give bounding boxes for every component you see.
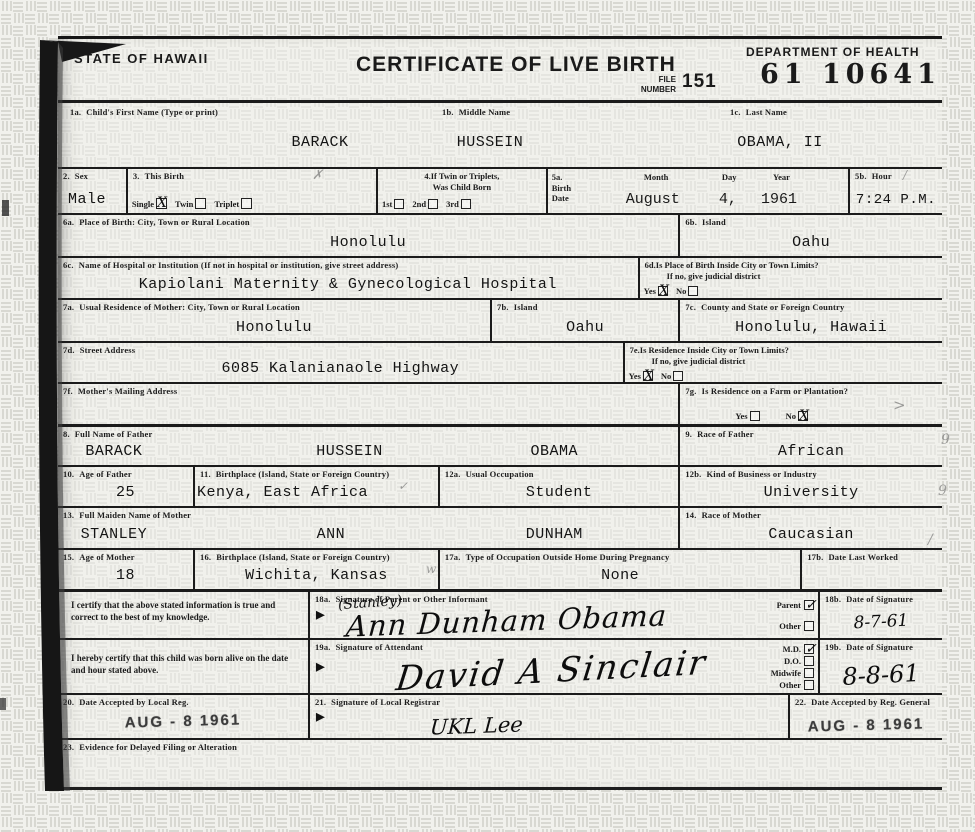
day-label: Day [722, 172, 737, 182]
field-1a-label: 1a.Child's First Name (Type or print) [70, 107, 218, 117]
farm-no-checkbox: X [798, 411, 808, 421]
do-checkbox [804, 656, 814, 666]
row-child-name: 1a.Child's First Name (Type or print) 1b… [58, 103, 942, 169]
field-17b-date-last-worked: 17b.Date Last Worked [802, 550, 942, 589]
pencil-mark: 9 [941, 432, 950, 448]
parent-certification-statement: I certify that the above stated informat… [58, 592, 310, 638]
field-7e-residence-limits: 7e.Is Residence Inside City or Town Limi… [625, 343, 942, 382]
pencil-mark: w [426, 562, 436, 576]
field-16-mother-birthplace: 16.Birthplace (Island, State or Foreign … [195, 550, 440, 589]
row-registrar: 20.Date Accepted by Local Reg. AUG - 8 1… [58, 695, 942, 740]
certificate-of-live-birth-scan: { "header": { "state": "STATE OF HAWAII"… [0, 0, 975, 832]
hospital-value: Kapiolani Maternity & Gynecological Hosp… [58, 276, 638, 293]
row-street-address: 7d.Street Address 6085 Kalanianaole High… [58, 343, 942, 384]
field-18b-date-of-signature: 18b.Date of Signature 8-7-61 [820, 592, 942, 638]
field-5a-birth-date: 5a.BirthDate Month August Day 4, Year 19… [548, 169, 850, 213]
pencil-mark: / [928, 532, 933, 548]
field-12a-occupation: 12a.Usual Occupation Student [440, 467, 680, 506]
attendant-certification-statement: I hereby certify that this child was bor… [58, 640, 310, 693]
mother-birthplace-value: Wichita, Kansas [195, 567, 438, 584]
local-registrar-date-stamp: AUG - 8 1961 [58, 710, 308, 734]
field-15-mother-age: 15.Age of Mother 18 [58, 550, 195, 589]
field-20-date-accepted-local: 20.Date Accepted by Local Reg. AUG - 8 1… [58, 695, 310, 738]
department-title: DEPARTMENT OF HEALTH [746, 45, 920, 59]
field-7c-county: 7c.County and State or Foreign Country H… [680, 300, 942, 341]
file-number-label: FILE NUMBER [630, 75, 676, 96]
father-race-value: African [680, 443, 942, 460]
mother-age-value: 18 [58, 567, 193, 584]
birth-city-limits-yes-checkbox: X [658, 286, 668, 296]
father-first-value: BARACK [85, 443, 142, 460]
certificate-number: 61 10641 [760, 59, 941, 90]
father-industry-value: University [680, 484, 942, 501]
father-occupation-value: Student [440, 484, 678, 501]
mother-occupation-value: None [440, 567, 800, 584]
parent-signature-date: 8-7-61 [820, 609, 943, 635]
field-7b-island: 7b.Island Oahu [492, 300, 680, 341]
certificate-header: STATE OF HAWAII CERTIFICATE OF LIVE BIRT… [58, 39, 942, 103]
certificate-title: CERTIFICATE OF LIVE BIRTH [356, 53, 676, 77]
signature-arrow-icon: ► [313, 609, 328, 624]
signature-arrow-icon: ► [313, 710, 328, 725]
row-place-of-birth: 6a.Place of Birth: City, Town or Rural L… [58, 215, 942, 258]
field-6d-city-limits: 6d.Is Place of Birth Inside City or Town… [640, 258, 942, 298]
month-label: Month [644, 172, 669, 182]
other-informant-checkbox [804, 621, 814, 631]
field-3-this-birth: 3.This Birth Single X Twin Triplet [128, 169, 378, 213]
year-label: Year [773, 172, 790, 182]
pencil-mark: > [893, 396, 906, 414]
hour-value: 7:24 P.M. [850, 192, 942, 208]
row-mailing-address: 7f.Mother's Mailing Address 7g.Is Reside… [58, 384, 942, 427]
birth-city-limits-no-checkbox [688, 286, 698, 296]
residence-city-limits-no-checkbox [673, 371, 683, 381]
field-9-father-race: 9.Race of Father African [680, 427, 942, 465]
twin-checkbox [195, 198, 206, 209]
birth-island-value: Oahu [680, 234, 942, 251]
father-last-value: OBAMA [530, 443, 578, 460]
field-7f-mailing-address: 7f.Mother's Mailing Address [58, 384, 680, 424]
row-parent-signature: I certify that the above stated informat… [58, 592, 942, 640]
mother-middle-value: ANN [317, 526, 346, 543]
residence-city-value: Honolulu [58, 319, 490, 336]
row-mother-name: 13.Full Maiden Name of Mother STANLEY AN… [58, 508, 942, 550]
field-7d-street-address: 7d.Street Address 6085 Kalanianaole High… [58, 343, 625, 382]
father-middle-value: HUSSEIN [316, 443, 383, 460]
street-address-value: 6085 Kalanianaole Highway [58, 360, 623, 377]
field-18a-parent-signature: 18a.Signature of Parent or Other Informa… [310, 592, 820, 638]
last-name-value: OBAMA, II [737, 134, 823, 151]
residence-island-value: Oahu [492, 319, 678, 336]
mother-first-value: STANLEY [81, 526, 148, 543]
certificate-sheet: STATE OF HAWAII CERTIFICATE OF LIVE BIRT… [58, 36, 942, 790]
place-of-birth-value: Honolulu [58, 234, 678, 251]
field-8-father-name: 8.Full Name of Father BARACK HUSSEIN OBA… [58, 427, 680, 465]
pencil-mark: ✗ [312, 168, 323, 183]
midwife-checkbox [804, 668, 814, 678]
father-age-value: 25 [58, 484, 193, 501]
pencil-mark: / [903, 168, 907, 182]
attendant-other-checkbox [804, 680, 814, 690]
first-born-checkbox [394, 199, 404, 209]
sex-value: Male [68, 191, 106, 208]
registrar-general-date-stamp: AUG - 8 1961 [790, 715, 942, 736]
row-delayed-filing: 23.Evidence for Delayed Filing or Altera… [58, 740, 942, 793]
field-7a-residence: 7a.Usual Residence of Mother: City, Town… [58, 300, 492, 341]
row-hospital: 6c.Name of Hospital or Institution (If n… [58, 258, 942, 300]
field-1-child-name: 1a.Child's First Name (Type or print) 1b… [58, 103, 942, 167]
row-mother-details: 15.Age of Mother 18 16.Birthplace (Islan… [58, 550, 942, 592]
second-born-checkbox [428, 199, 438, 209]
pencil-mark: ✓ [398, 479, 408, 493]
birth-month-value: August [626, 191, 680, 208]
field-22-date-accepted-general: 22.Date Accepted by Reg. General AUG - 8… [790, 695, 942, 738]
father-birthplace-value: Kenya, East Africa [197, 484, 368, 501]
single-checkbox: X [156, 198, 167, 209]
county-state-value: Honolulu, Hawaii [680, 319, 942, 336]
field-1b-label: 1b.Middle Name [442, 107, 510, 117]
pencil-mark: 9 [938, 483, 947, 499]
parent-checkbox: ✓ [804, 600, 814, 610]
field-21-local-registrar-signature: 21.Signature of Local Registrar ► UKL Le… [310, 695, 790, 738]
field-19a-attendant-signature: 19a.Signature of Attendant ► David A Sin… [310, 640, 820, 693]
middle-name-value: HUSSEIN [457, 134, 524, 151]
row-sex-birth: 2.Sex Male 3.This Birth Single X Twin Tr… [58, 169, 942, 215]
field-14-mother-race: 14.Race of Mother Caucasian [680, 508, 942, 548]
field-23-delayed-filing: 23.Evidence for Delayed Filing or Altera… [58, 740, 942, 793]
md-checkbox: ✓ [804, 644, 814, 654]
first-name-value: BARACK [291, 134, 348, 151]
field-4-twin-order: 4.If Twin or Triplets,Was Child Born 1st… [378, 169, 548, 213]
file-number-value: 151 [682, 71, 717, 93]
birth-year-value: 1961 [761, 191, 797, 208]
field-17a-occupation: 17a.Type of Occupation Outside Home Duri… [440, 550, 802, 589]
local-registrar-signature-value: UKL Lee [429, 712, 523, 739]
mother-last-value: DUNHAM [526, 526, 583, 543]
triplet-checkbox [241, 198, 252, 209]
mother-race-value: Caucasian [680, 526, 942, 543]
state-title: STATE OF HAWAII [74, 51, 209, 66]
field-1c-label: 1c.Last Name [730, 107, 787, 117]
row-father-details: 10.Age of Father 25 11.Birthplace (Islan… [58, 467, 942, 508]
field-13-mother-name: 13.Full Maiden Name of Mother STANLEY AN… [58, 508, 680, 548]
field-2-sex: 2.Sex Male [58, 169, 128, 213]
row-mother-residence: 7a.Usual Residence of Mother: City, Town… [58, 300, 942, 343]
field-6b-island: 6b.Island Oahu [680, 215, 942, 256]
field-10-father-age: 10.Age of Father 25 [58, 467, 195, 506]
field-12b-industry: 12b.Kind of Business or Industry Univers… [680, 467, 942, 506]
row-attendant-signature: I hereby certify that this child was bor… [58, 640, 942, 695]
signature-arrow-icon: ► [313, 660, 328, 675]
row-father-name: 8.Full Name of Father BARACK HUSSEIN OBA… [58, 427, 942, 467]
birth-day-value: 4, [719, 191, 737, 208]
field-6a-place-of-birth: 6a.Place of Birth: City, Town or Rural L… [58, 215, 680, 256]
field-19b-date-of-signature: 19b.Date of Signature 8-8-61 [820, 640, 942, 693]
field-6c-hospital: 6c.Name of Hospital or Institution (If n… [58, 258, 640, 298]
field-5b-hour: 5b.Hour 7:24 P.M. [850, 169, 942, 213]
attendant-signature-date: 8-8-61 [819, 658, 942, 692]
farm-yes-checkbox [750, 411, 760, 421]
residence-city-limits-yes-checkbox: X [643, 371, 653, 381]
third-born-checkbox [461, 199, 471, 209]
